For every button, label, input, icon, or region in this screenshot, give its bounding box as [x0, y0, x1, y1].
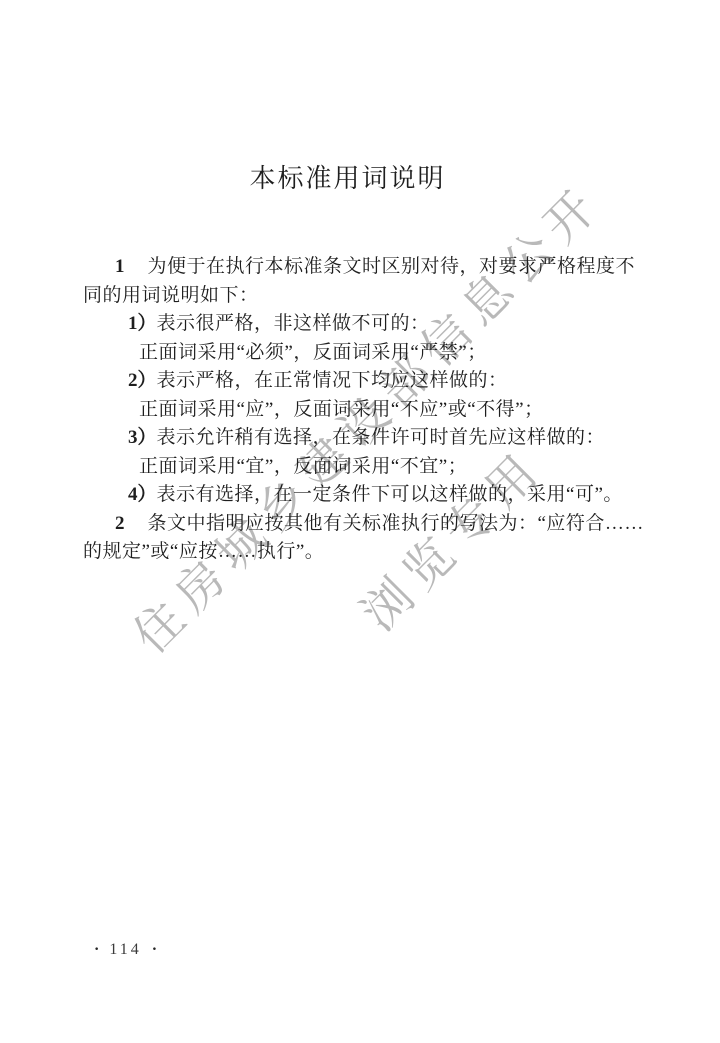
clause-number: 1） [128, 313, 157, 334]
clause-number: 2） [128, 370, 157, 391]
clause-line: 同的用词说明如下： [83, 282, 630, 311]
clause-line: 正面词采用“必须”，反面词采用“严禁”； [83, 339, 630, 368]
clause-line: 1为便于在执行本标准条文时区别对待，对要求严格程度不 [83, 253, 630, 282]
page-footer: ·114· [94, 941, 157, 959]
clause-number: 1 [115, 256, 125, 277]
clause-line: 的规定”或“应按……执行”。 [83, 538, 630, 567]
line-text: 表示有选择，在一定条件下可以这样做的，采用“可”。 [157, 484, 623, 505]
line-text: 正面词采用“宜”，反面词采用“不宜”； [139, 456, 467, 477]
clause-number: 2 [115, 513, 125, 534]
line-text: 表示很严格，非这样做不可的： [157, 313, 430, 334]
document-page: 住房城乡建设部信息公开 浏览专用 本标准用词说明 1为便于在执行本标准条文时区别… [0, 0, 720, 1043]
line-text: 的规定”或“应按……执行”。 [83, 541, 324, 562]
clause-line: 3）表示允许稍有选择，在条件许可时首先应这样做的： [83, 424, 630, 453]
line-text: 表示允许稍有选择，在条件许可时首先应这样做的： [157, 427, 606, 448]
page-number: 114 [109, 941, 141, 958]
line-text: 正面词采用“应”，反面词采用“不应”或“不得”； [139, 399, 544, 420]
line-text: 为便于在执行本标准条文时区别对待，对要求严格程度不 [148, 256, 636, 277]
clause-line: 2）表示严格，在正常情况下均应这样做的： [83, 367, 630, 396]
clause-number: 3） [128, 427, 157, 448]
page-title: 本标准用词说明 [83, 164, 630, 194]
line-text: 条文中指明应按其他有关标准执行的写法为：“应符合…… [148, 513, 644, 534]
clause-line: 正面词采用“宜”，反面词采用“不宜”； [83, 453, 630, 482]
footer-dot-right: · [152, 941, 157, 958]
page-content: 本标准用词说明 1为便于在执行本标准条文时区别对待，对要求严格程度不 同的用词说… [0, 0, 720, 567]
clause-line: 正面词采用“应”，反面词采用“不应”或“不得”； [83, 396, 630, 425]
line-text: 正面词采用“必须”，反面词采用“严禁”； [139, 342, 487, 363]
footer-dot-left: · [94, 941, 99, 958]
clause-line: 1）表示很严格，非这样做不可的： [83, 310, 630, 339]
text-block: 1为便于在执行本标准条文时区别对待，对要求严格程度不 同的用词说明如下： 1）表… [83, 253, 630, 567]
clause-number: 4） [128, 484, 157, 505]
line-text: 表示严格，在正常情况下均应这样做的： [157, 370, 508, 391]
clause-line: 4）表示有选择，在一定条件下可以这样做的，采用“可”。 [83, 481, 630, 510]
clause-line: 2条文中指明应按其他有关标准执行的写法为：“应符合…… [83, 510, 630, 539]
line-text: 同的用词说明如下： [83, 285, 259, 306]
